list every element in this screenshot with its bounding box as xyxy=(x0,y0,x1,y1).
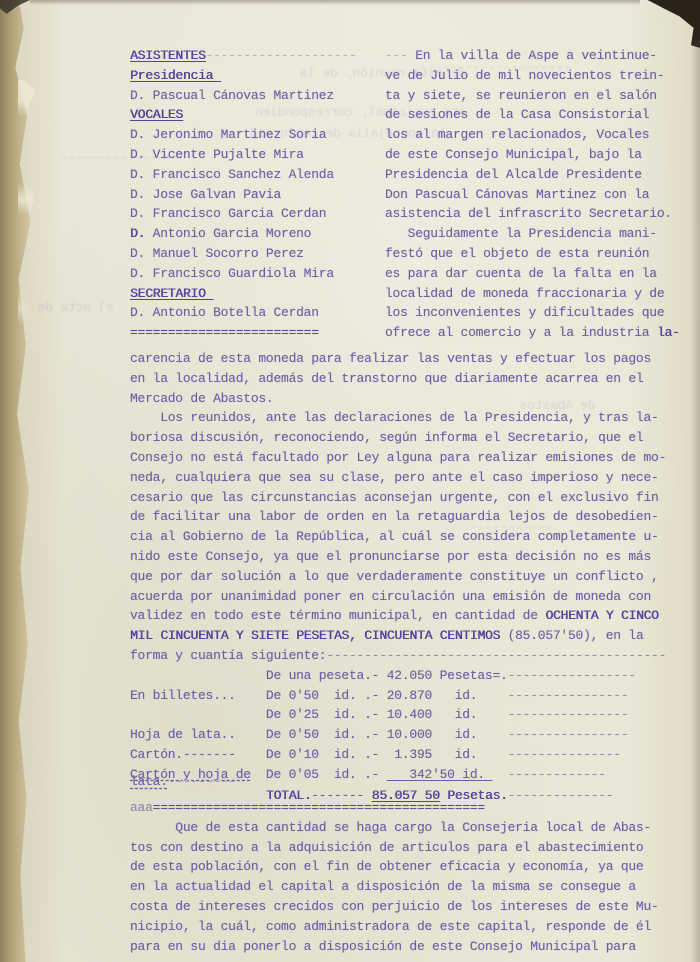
text-segment: festó que el objeto de esta reunión xyxy=(385,246,649,261)
text-line: De 0'25 id. .- 10.400 id. --------------… xyxy=(130,705,682,725)
text-segment: --- xyxy=(385,48,415,63)
attendees-margin-column: ASISTENTES--------------------Presidenci… xyxy=(130,46,385,343)
text-segment: los inconvenientes y dificultades que xyxy=(385,305,664,320)
text-segment: es para dar cuenta de la falta en la xyxy=(385,266,657,281)
text-line: forma y cuantía siguiente:--------------… xyxy=(130,646,682,666)
text-segment: localidad de moneda fraccionaria y de xyxy=(385,286,664,301)
text-segment: ----------------- xyxy=(508,668,636,683)
text-line: ve de Julio de mil novecientos trein- xyxy=(385,66,682,86)
denominations-table: De una peseta.- 42.050 Pesetas=.--------… xyxy=(130,666,682,818)
text-segment: ---------------- xyxy=(508,707,629,722)
text-line: Hoja de lata.. De 0'50 id. .- 10.000 id.… xyxy=(130,725,682,745)
text-line: para en su dia ponerlo a disposición de … xyxy=(130,937,682,957)
text-line: que por dar solución a lo que verdaderam… xyxy=(130,567,682,587)
text-segment: Don Pascual Cánovas Martinez con la xyxy=(385,187,649,202)
text-segment: nicipio, la cuál, como administradora de… xyxy=(130,919,651,934)
text-line: nido este Consejo, ya que el pronunciars… xyxy=(130,547,682,567)
text-line: Don Pascual Cánovas Martinez con la xyxy=(385,185,682,205)
text-segment: que por dar solución a lo que verdaderam… xyxy=(130,569,659,584)
text-segment: De 0'25 id. .- 10.400 id. xyxy=(130,707,508,722)
text-segment: en la localidad, además del transtorno q… xyxy=(130,371,644,386)
text-segment: ta y siete, se reunieron en el salón xyxy=(385,88,657,103)
text-line: tos con destino a la adquisición de arti… xyxy=(130,838,682,858)
text-segment xyxy=(492,767,507,782)
text-line: validez en todo este término municipal, … xyxy=(130,606,682,626)
text-line: D. Pascual Cánovas Martinez xyxy=(130,86,385,106)
two-column-header-block: ASISTENTES--------------------Presidenci… xyxy=(130,46,682,343)
text-segment: D. Francisco Garcia Cerdan xyxy=(130,206,326,221)
text-line: Que de esta cantidad se haga cargo la Co… xyxy=(130,818,682,838)
text-line: D. Francisco Sanchez Alenda xyxy=(130,165,385,185)
text-segment: De 0'05 id. .- xyxy=(251,767,387,782)
page-right-edge-shadow xyxy=(690,40,700,962)
text-line: --- En la villa de Aspe a veintinue- xyxy=(385,46,682,66)
text-line: ========================= xyxy=(130,323,385,343)
text-line: cia al Gobierno de la República, al cuál… xyxy=(130,527,682,547)
text-segment: validez en todo este término municipal, … xyxy=(130,608,545,623)
text-segment: Consejo no está facultado por Ley alguna… xyxy=(130,450,666,465)
text-segment: D. Manuel Socorro Perez xyxy=(130,246,304,261)
text-segment: de este Consejo Municipal, bajo la xyxy=(385,147,642,162)
text-line: Presidencia del Alcalde Presidente xyxy=(385,165,682,185)
scanned-document-page: de esta reunión, de la------------------… xyxy=(0,0,700,962)
text-line: localidad de moneda fraccionaria y de xyxy=(385,284,682,304)
typed-text-area: ASISTENTES--------------------Presidenci… xyxy=(130,46,682,956)
text-line: es para dar cuenta de la falta en la xyxy=(385,264,682,284)
text-segment: 342'50 id. xyxy=(387,767,493,782)
text-line: carencia de esta moneda para fealizar la… xyxy=(130,349,682,369)
text-segment: Los reunidos, ante las declaraciones de … xyxy=(130,410,659,425)
text-segment: D. Antonio Botella Cerdan xyxy=(130,305,319,320)
text-segment: cesario que las circunstancias aconsejan… xyxy=(130,490,659,505)
text-line: D. Antonio Garcia Moreno xyxy=(130,224,385,244)
text-segment: -------------- xyxy=(508,788,614,803)
text-line: Consejo no está facultado por Ley alguna… xyxy=(130,448,682,468)
text-line: festó que el objeto de esta reunión xyxy=(385,244,682,264)
text-line: Mercado de Abastos. xyxy=(130,389,682,409)
text-segment: tos con destino a la adquisición de arti… xyxy=(130,840,644,855)
text-segment: D. xyxy=(130,226,145,241)
text-segment: de sesiones de la Casa Consistorial xyxy=(385,107,649,122)
text-segment: Seguidamente la Presidencia mani- xyxy=(385,226,657,241)
text-line: D. Francisco Guardiola Mira xyxy=(130,264,385,284)
text-line: Presidencia xyxy=(130,66,385,86)
text-line: de esta población, con el fin de obtener… xyxy=(130,857,682,877)
text-line: MIL CINCUENTA Y SIETE PESETAS, CINCUENTA… xyxy=(130,626,682,646)
bleedthrough-text: el acta de xyxy=(38,300,114,315)
text-segment: para en su dia ponerlo a disposición de … xyxy=(130,939,636,954)
text-line: De una peseta.- 42.050 Pesetas=.--------… xyxy=(130,666,682,686)
opening-paragraph-column: --- En la villa de Aspe a veintinue-ve d… xyxy=(385,46,682,343)
text-line: los al margen relacionados, Vocales xyxy=(385,125,682,145)
text-segment: Antonio Garcia Moreno xyxy=(145,226,311,241)
text-segment: Hoja de lata.. De 0'50 id. .- 10.000 id. xyxy=(130,727,508,742)
text-segment: SECRETARIO xyxy=(130,286,213,301)
text-line: los inconvenientes y dificultades que xyxy=(385,303,682,323)
text-segment: de facilitar una labor de orden en la re… xyxy=(130,509,659,524)
text-line: de este Consejo Municipal, bajo la xyxy=(385,145,682,165)
text-segment: VOCALES xyxy=(130,107,183,122)
text-segment: MIL CINCUENTA Y SIETE PESETAS, CINCUENTA… xyxy=(130,628,500,643)
text-segment: (85.057'50), en la xyxy=(500,628,643,643)
text-segment: los al margen relacionados, Vocales xyxy=(385,127,649,142)
text-segment: aaa xyxy=(130,800,153,815)
text-segment: ---------------- xyxy=(508,688,629,703)
text-line: de facilitar una labor de orden en la re… xyxy=(130,507,682,527)
text-segment: de esta población, con el fin de obtener… xyxy=(130,859,644,874)
text-segment: D. Pascual Cánovas Martinez xyxy=(130,88,334,103)
text-segment: D. Jeronimo Martinez Soria xyxy=(130,127,326,142)
text-line: neda, cualquiera que sea su clase, pero … xyxy=(130,468,682,488)
text-line: costa de intereses crecidos con perjuici… xyxy=(130,897,682,917)
text-segment: En la villa de Aspe a veintinue- xyxy=(415,48,657,63)
text-segment: Mercado de Abastos. xyxy=(130,391,273,406)
text-segment: OCHENTA Y CINCO xyxy=(545,608,658,623)
text-line: D. Francisco Garcia Cerdan xyxy=(130,204,385,224)
text-segment: -------------------- xyxy=(206,48,357,63)
text-line: VOCALES xyxy=(130,105,385,125)
text-segment: En billetes... De 0'50 id. .- 20.870 id. xyxy=(130,688,508,703)
text-line: nicipio, la cuál, como administradora de… xyxy=(130,917,682,937)
text-segment: carencia de esta moneda para fealizar la… xyxy=(130,351,651,366)
text-line: ASISTENTES-------------------- xyxy=(130,46,385,66)
text-segment: ve de Julio de mil novecientos trein- xyxy=(385,68,664,83)
text-line: D. Jose Galvan Pavia xyxy=(130,185,385,205)
text-segment: boriosa discusión, reconociendo, según i… xyxy=(130,430,644,445)
text-line: D. Jeronimo Martinez Soria xyxy=(130,125,385,145)
text-segment: la- xyxy=(657,325,680,340)
text-segment: ---------------- xyxy=(508,727,629,742)
text-segment: D. Francisco Sanchez Alenda xyxy=(130,167,334,182)
text-segment: ------------- xyxy=(508,767,606,782)
text-line: en la localidad, además del transtorno q… xyxy=(130,369,682,389)
text-segment: D. Francisco Guardiola Mira xyxy=(130,266,334,281)
text-line: D. Manuel Socorro Perez xyxy=(130,244,385,264)
text-segment: De una peseta.- 42.050 Pesetas=. xyxy=(130,668,508,683)
text-segment: ASISTENTES xyxy=(130,48,206,63)
text-segment: Presidencia xyxy=(130,68,221,83)
text-segment: ========================= xyxy=(130,325,319,340)
text-segment: nido este Consejo, ya que el pronunciars… xyxy=(130,549,651,564)
text-line: acuerda por unanimidad poner en circulac… xyxy=(130,587,682,607)
text-segment: ========================================… xyxy=(153,800,485,815)
text-line: D. Vicente Pujalte Mira xyxy=(130,145,385,165)
text-segment: en la actualidad el capital a disposició… xyxy=(130,879,636,894)
text-line: Cartón.------- De 0'10 id. .- 1.395 id. … xyxy=(130,745,682,765)
text-segment: --------------- xyxy=(508,747,621,762)
text-line: boriosa discusión, reconociendo, según i… xyxy=(130,428,682,448)
text-line: Seguidamente la Presidencia mani- xyxy=(385,224,682,244)
text-segment: Cartón.------- De 0'10 id. .- 1.395 id. xyxy=(130,747,508,762)
text-segment: ----------------------------------------… xyxy=(326,648,666,663)
torn-paper-frays xyxy=(18,80,40,340)
text-segment: D. Vicente Pujalte Mira xyxy=(130,147,304,162)
body-paragraphs: carencia de esta moneda para fealizar la… xyxy=(130,349,682,666)
text-line: ofrece al comercio y a la industria la- xyxy=(385,323,682,343)
text-segment: asistencia del infrascrito Secretario. xyxy=(385,206,672,221)
text-segment: Que de esta cantidad se haga cargo la Co… xyxy=(130,820,651,835)
text-line: de sesiones de la Casa Consistorial xyxy=(385,105,682,125)
text-segment: costa de intereses crecidos con perjuici… xyxy=(130,899,659,914)
text-segment: --------- xyxy=(168,774,236,789)
text-segment: D. Jose Galvan Pavia xyxy=(130,187,281,202)
text-segment: cia al Gobierno de la República, al cuál… xyxy=(130,529,659,544)
text-segment: acuerda por unanimidad poner en circulac… xyxy=(130,589,651,604)
text-segment: Presidencia del Alcalde Presidente xyxy=(385,167,642,182)
text-line: D. Antonio Botella Cerdan xyxy=(130,303,385,323)
text-line: en la actualidad el capital a disposició… xyxy=(130,877,682,897)
text-segment: forma y cuantía siguiente: xyxy=(130,648,326,663)
text-line: asistencia del infrascrito Secretario. xyxy=(385,204,682,224)
text-line: ta y siete, se reunieron en el salón xyxy=(385,86,682,106)
page-top-edge-shadow xyxy=(30,0,640,5)
text-line: Los reunidos, ante las declaraciones de … xyxy=(130,408,682,428)
text-line: SECRETARIO xyxy=(130,284,385,304)
closing-paragraph: Que de esta cantidad se haga cargo la Co… xyxy=(130,818,682,957)
text-line: En billetes... De 0'50 id. .- 20.870 id.… xyxy=(130,686,682,706)
text-segment: ofrece al comercio y a la industria xyxy=(385,325,657,340)
text-segment: neda, cualquiera que sea su clase, pero … xyxy=(130,470,659,485)
text-line: cesario que las circunstancias aconsejan… xyxy=(130,488,682,508)
